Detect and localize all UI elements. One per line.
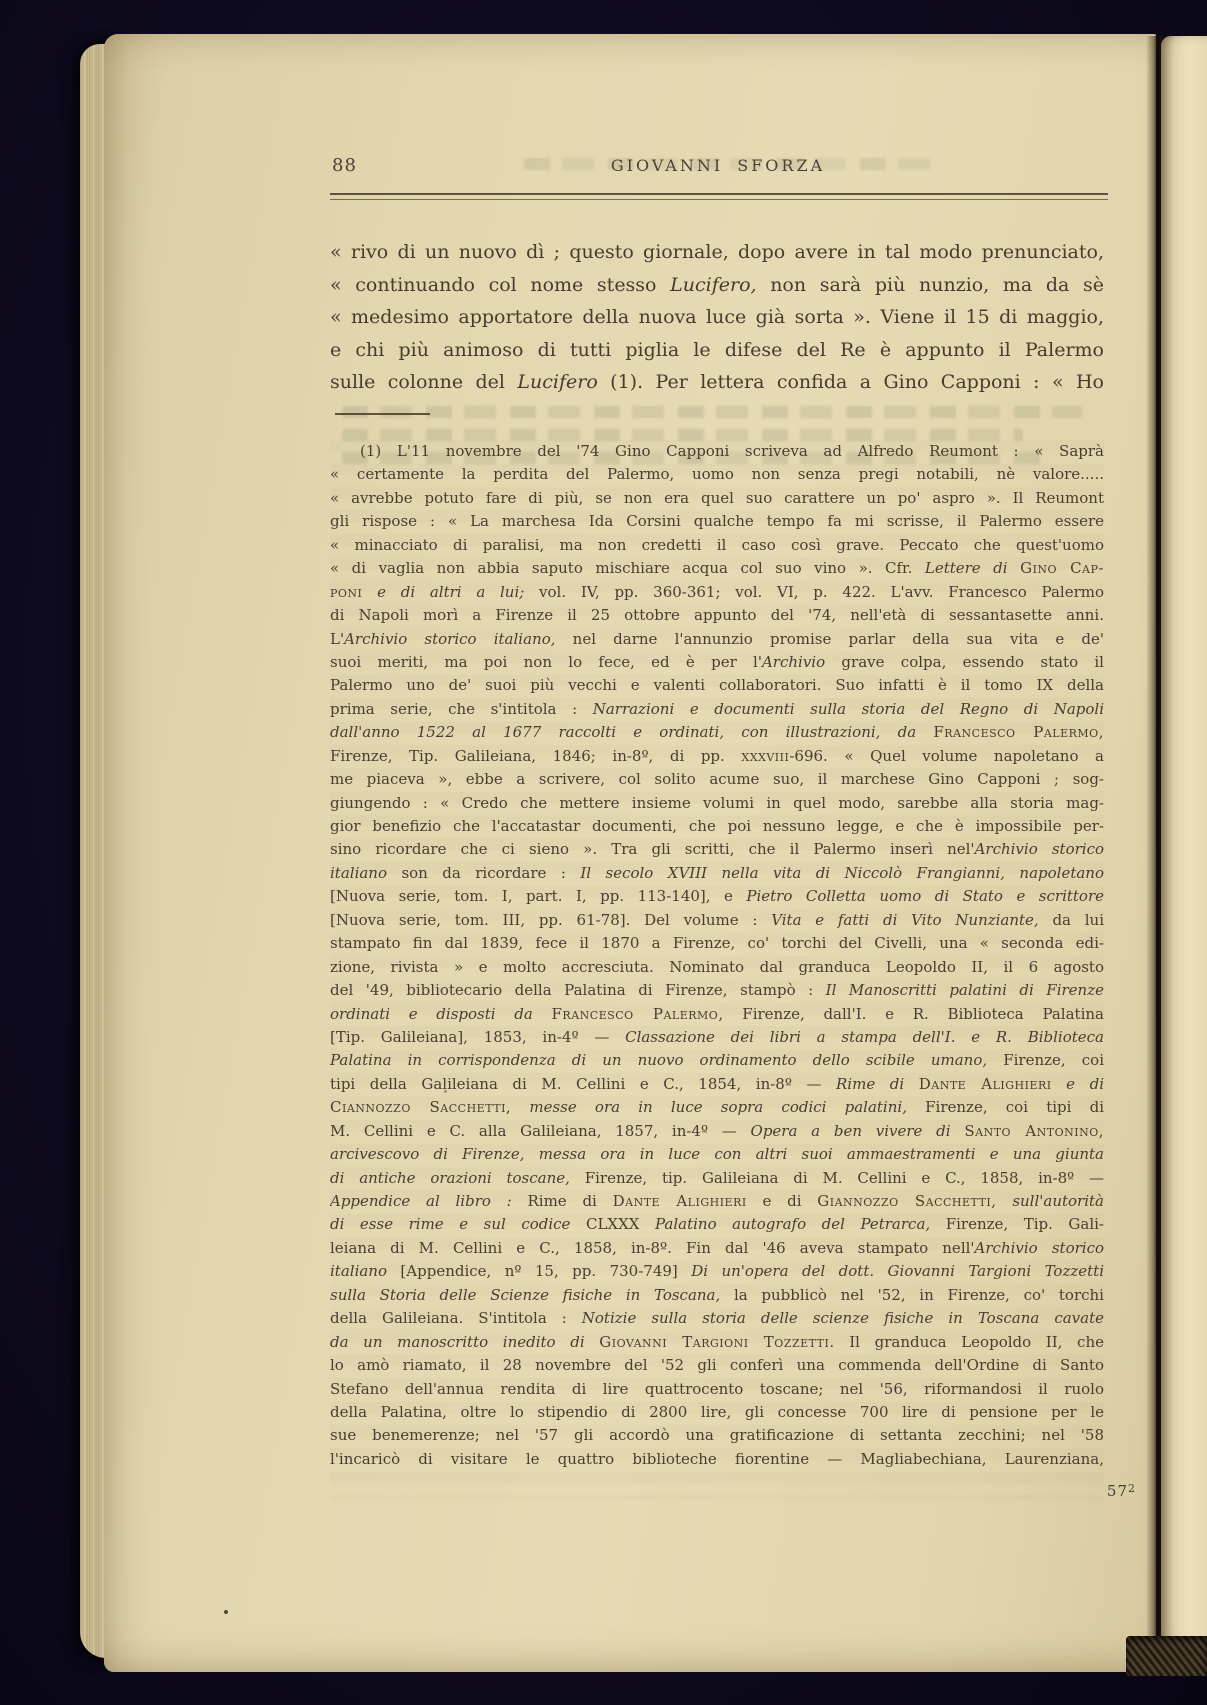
footnote-line: Appendice al libro : Rime di Dante Aligh… <box>330 1190 1104 1213</box>
footnote-block: (1) L'11 novembre del '74 Gino Capponi s… <box>330 440 1104 1471</box>
signature-mark: 572 <box>1050 1482 1136 1500</box>
footnote-line: del '49, bibliotecario della Palatina di… <box>330 979 1104 1002</box>
fox-spot <box>444 1090 447 1093</box>
footnote-line: prima serie, che s'intitola : Narrazioni… <box>330 698 1104 721</box>
text-line: e chi più animoso di tutti piglia le dif… <box>330 334 1104 367</box>
footnote-line: arcivescovo di Firenze, messa ora in luc… <box>330 1143 1104 1166</box>
footnote-line: « certamente la perdita del Palermo, uom… <box>330 463 1104 486</box>
footnote-line: Palatina in corrispondenza di un nuovo o… <box>330 1049 1104 1072</box>
footnote-line: di esse rime e sul codice CLXXX Palatino… <box>330 1213 1104 1236</box>
footnote-line: lo amò riamato, il 28 novembre del '52 g… <box>330 1354 1104 1377</box>
running-header: GIOVANNI SFORZA <box>330 156 1106 175</box>
footnote-line: zione, rivista » e molto accresciuta. No… <box>330 956 1104 979</box>
book-scan: 88 GIOVANNI SFORZA « rivo di un nuovo dì… <box>0 0 1207 1705</box>
footnote-line: poni e di altri a lui; vol. IV, pp. 360-… <box>330 581 1104 604</box>
footnote-line: [Nuova serie, tom. III, pp. 61-78]. Del … <box>330 909 1104 932</box>
footnote-line: italiano [Appendice, nº 15, pp. 730-749]… <box>330 1260 1104 1283</box>
footnote-line: « minacciato di paralisi, ma non credett… <box>330 534 1104 557</box>
text-line: « medesimo apportatore della nuova luce … <box>330 301 1104 334</box>
signature-number: 57 <box>1107 1482 1128 1500</box>
footnote-line: giungendo : « Credo che mettere insieme … <box>330 792 1104 815</box>
footnote-line: dall'anno 1522 al 1677 raccolti e ordina… <box>330 721 1104 744</box>
text-line: « rivo di un nuovo dì ; questo giornale,… <box>330 236 1104 269</box>
footnote-line: « di vaglia non abbia saputo mischiare a… <box>330 557 1104 580</box>
text-line: sulle colonne del Lucifero (1). Per lett… <box>330 366 1104 399</box>
footnote-rule <box>335 413 430 415</box>
footnote-line: ordinati e disposti da Francesco Palermo… <box>330 1003 1104 1026</box>
footnote-line: gior benefizio che l'accatastar document… <box>330 815 1104 838</box>
footnote-line: [Nuova serie, tom. I, part. I, pp. 113-1… <box>330 885 1104 908</box>
text-line: « continuando col nome stesso Lucifero, … <box>330 269 1104 302</box>
footnote-line: leiana di M. Cellini e C., 1858, in-8º. … <box>330 1237 1104 1260</box>
footnote-line: me piaceva », ebbe a scrivere, col solit… <box>330 768 1104 791</box>
footnote-line: sulla Storia delle Scienze fisiche in To… <box>330 1284 1104 1307</box>
main-text-block: « rivo di un nuovo dì ; questo giornale,… <box>330 236 1104 399</box>
gutter-shadow <box>1146 36 1162 1646</box>
footnote-line: da un manoscritto inedito di Giovanni Ta… <box>330 1331 1104 1354</box>
footnote-line: [Tip. Galileiana], 1853, in-4º — Classaz… <box>330 1026 1104 1049</box>
header-double-rule <box>330 193 1108 200</box>
next-page-edge <box>1161 36 1207 1646</box>
footnote-line: Firenze, Tip. Galileiana, 1846; in-8º, d… <box>330 745 1104 768</box>
footnote-line: (1) L'11 novembre del '74 Gino Capponi s… <box>330 440 1104 463</box>
book-page: 88 GIOVANNI SFORZA « rivo di un nuovo dì… <box>104 34 1156 1672</box>
page-header: 88 GIOVANNI SFORZA <box>330 154 1106 180</box>
binding-headband <box>1126 1636 1207 1676</box>
footnote-line: di Napoli morì a Firenze il 25 ottobre a… <box>330 604 1104 627</box>
footnote-line: « avrebbe potuto fare di più, se non era… <box>330 487 1104 510</box>
footnote-line: stampato fin dal 1839, fece il 1870 a Fi… <box>330 932 1104 955</box>
footnote-line: sue benemerenze; nel '57 gli accordò una… <box>330 1424 1104 1447</box>
footnote-line: di antiche orazioni toscane, Firenze, ti… <box>330 1167 1104 1190</box>
footnote-line: della Galileiana. S'intitola : Notizie s… <box>330 1307 1104 1330</box>
footnote-line: l'incaricò di visitare le quattro biblio… <box>330 1448 1104 1471</box>
fox-spot <box>224 1610 228 1614</box>
signature-superscript: 2 <box>1128 1482 1136 1495</box>
footnote-line: Stefano dell'annua rendita di lire quatt… <box>330 1378 1104 1401</box>
footnote-line: gli rispose : « La marchesa Ida Corsini … <box>330 510 1104 533</box>
footnote-line: L'Archivio storico italiano, nel darne l… <box>330 628 1104 651</box>
footnote-line: della Palatina, oltre lo stipendio di 28… <box>330 1401 1104 1424</box>
footnote-line: sino ricordare che ci sieno ». Tra gli s… <box>330 838 1104 861</box>
footnote-line: Ciannozzo Sacchetti, messe ora in luce s… <box>330 1096 1104 1119</box>
footnote-line: Palermo uno de' suoi più vecchi e valent… <box>330 674 1104 697</box>
footnote-line: italiano son da ricordare : Il secolo XV… <box>330 862 1104 885</box>
footnote-line: M. Cellini e C. alla Galileiana, 1857, i… <box>330 1120 1104 1143</box>
footnote-line: suoi meriti, ma poi non lo fece, ed è pe… <box>330 651 1104 674</box>
